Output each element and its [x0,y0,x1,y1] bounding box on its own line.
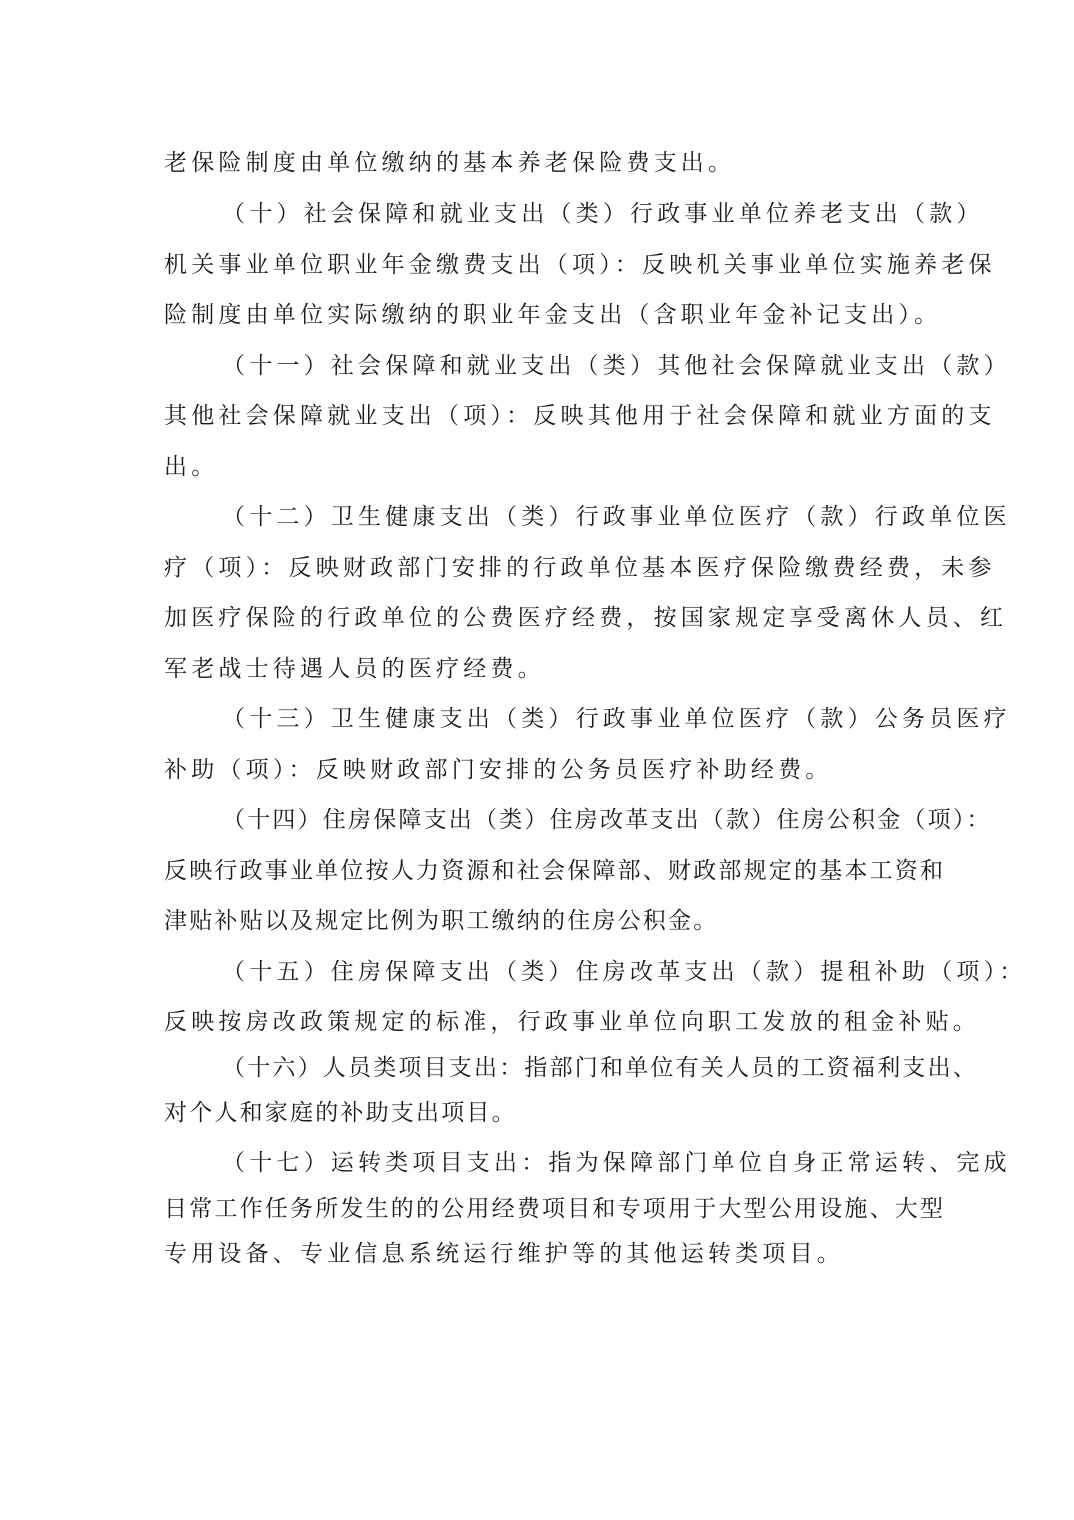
paragraph-14-line-3: 津贴补贴以及规定比例为职工缴纳的住房公积金。 [164,906,912,936]
paragraph-15-line-2: 反映按房改政策规定的标准，行政事业单位向职工发放的租金补贴。 [164,1007,912,1037]
paragraph-11-line-1: （十一）社会保障和就业支出（类）其他社会保障就业支出（款） [222,351,912,381]
paragraph-10-line-2: 机关事业单位职业年金缴费支出（项）：反映机关事业单位实施养老保 [164,250,912,280]
paragraph-12-line-1: （十二）卫生健康支出（类）行政事业单位医疗（款）行政单位医 [222,502,912,532]
paragraph-14-line-2: 反映行政事业单位按人力资源和社会保障部、财政部规定的基本工资和 [164,856,912,886]
paragraph-10-line-1: （十）社会保障和就业支出（类）行政事业单位养老支出（款） [222,199,912,229]
paragraph-16-line-2: 对个人和家庭的补助支出项目。 [164,1098,912,1128]
paragraph-15-line-1: （十五）住房保障支出（类）住房改革支出（款）提租补助（项）： [222,957,912,987]
paragraph-14-line-1: （十四）住房保障支出（类）住房改革支出（款）住房公积金（项）： [222,805,912,835]
paragraph-9-line-continuation: 老保险制度由单位缴纳的基本养老保险费支出。 [164,148,912,178]
paragraph-12-line-3: 加医疗保险的行政单位的公费医疗经费，按国家规定享受离休人员、红 [164,603,912,633]
paragraph-17-line-1: （十七）运转类项目支出：指为保障部门单位自身正常运转、完成 [222,1148,912,1178]
paragraph-12-line-4: 军老战士待遇人员的医疗经费。 [164,654,912,684]
paragraph-17-line-3: 专用设备、专业信息系统运行维护等的其他运转类项目。 [164,1239,912,1269]
paragraph-13-line-1: （十三）卫生健康支出（类）行政事业单位医疗（款）公务员医疗 [222,704,912,734]
document-page: 老保险制度由单位缴纳的基本养老保险费支出。 （十）社会保障和就业支出（类）行政事… [0,0,1074,1520]
paragraph-17-line-2: 日常工作任务所发生的的公用经费项目和专项用于大型公用设施、大型 [164,1194,912,1224]
paragraph-16-line-1: （十六）人员类项目支出：指部门和单位有关人员的工资福利支出、 [222,1053,912,1083]
paragraph-11-line-2: 其他社会保障就业支出（项）：反映其他用于社会保障和就业方面的支 [164,401,912,431]
paragraph-12-line-2: 疗（项）：反映财政部门安排的行政单位基本医疗保险缴费经费，未参 [164,553,912,583]
paragraph-11-line-3: 出。 [164,452,912,482]
paragraph-13-line-2: 补助（项）：反映财政部门安排的公务员医疗补助经费。 [164,755,912,785]
paragraph-10-line-3: 险制度由单位实际缴纳的职业年金支出（含职业年金补记支出）。 [164,300,912,330]
